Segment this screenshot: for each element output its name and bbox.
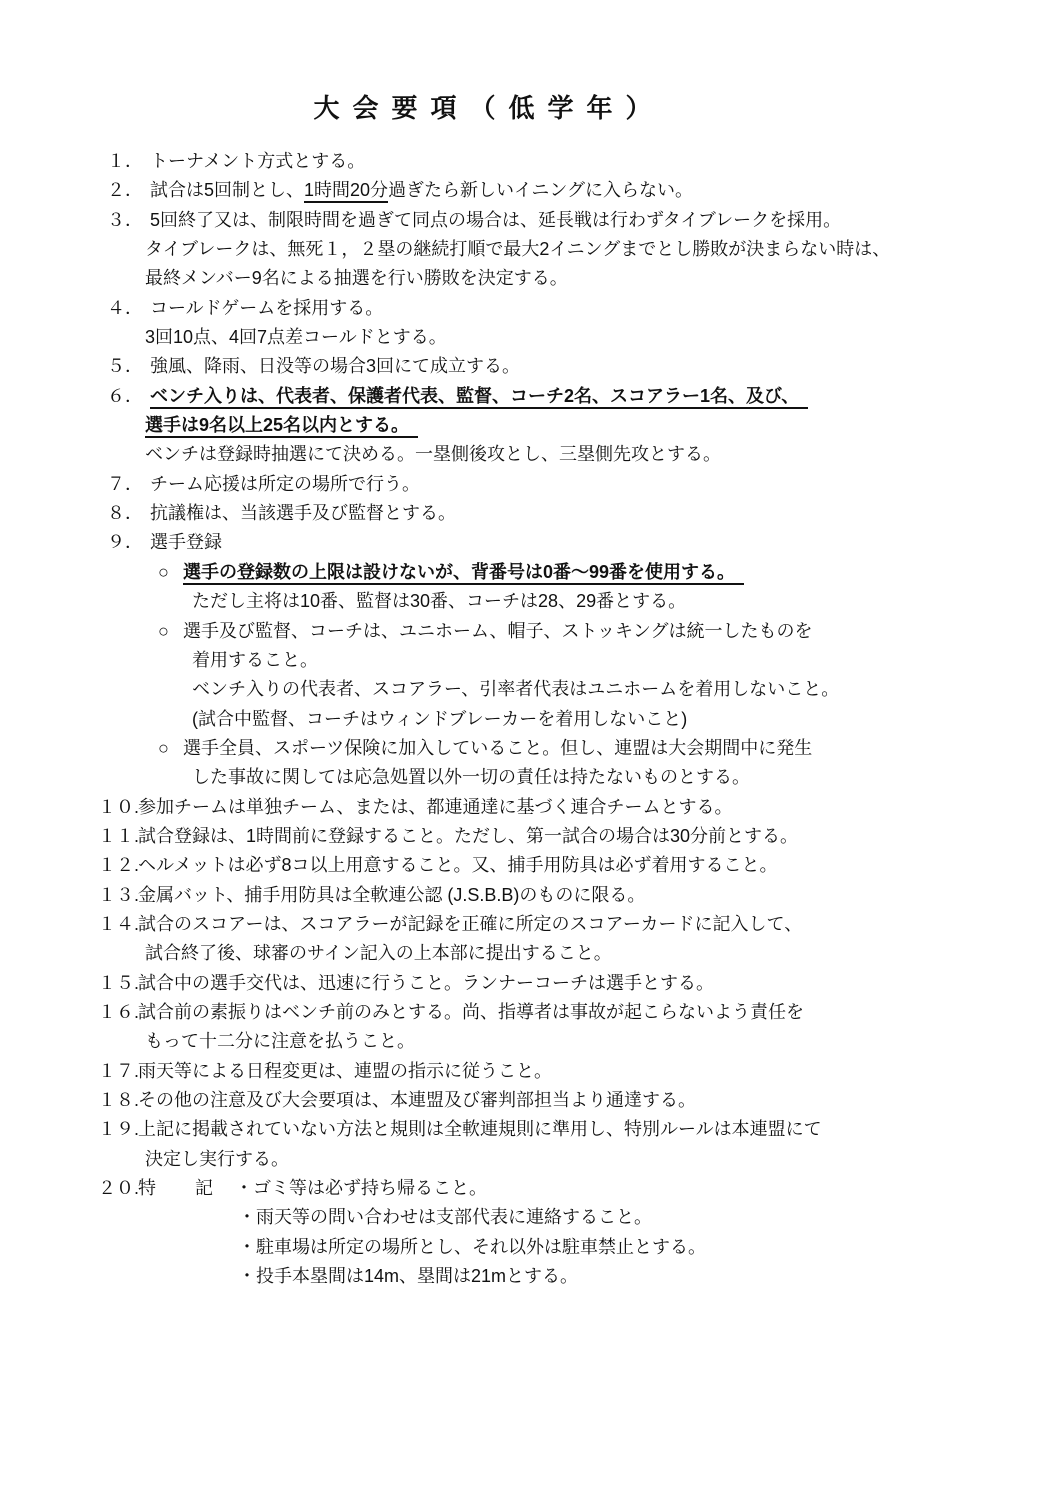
item-number: １３.: [98, 881, 138, 910]
item-19-line2: 決定し実行する。: [0, 1145, 1058, 1174]
text-segment: 試合終了後、球審のサイン記入の上本部に提出すること。: [145, 943, 612, 963]
item-15: １５.試合中の選手交代は、迅速に行うこと。ランナーコーチは選手とする。: [0, 969, 1058, 998]
item-number: １１.: [98, 822, 138, 851]
text-segment: 5回終了又は、制限時間を過ぎて同点の場合は、延長戦は行わずタイブレークを採用。: [150, 210, 841, 230]
text-segment: 過ぎたら新しいイニングに入らない。: [388, 180, 693, 200]
item-number: １０.: [98, 793, 138, 822]
item-number: １．: [107, 147, 150, 176]
text-segment: 金属バット、捕手用防具は全軟連公認 (J.S.B.B)のものに限る。: [138, 885, 645, 905]
item-7: ７．チーム応援は所定の場所で行う。: [0, 470, 1058, 499]
item-number: ３．: [107, 206, 150, 235]
item-9-sub-2-line4: (試合中監督、コーチはウィンドブレーカーを着用しないこと): [0, 705, 1058, 734]
item-number: ４．: [107, 294, 150, 323]
item-20-note-4: ・投手本塁間は14m、塁間は21mとする。: [0, 1262, 1058, 1291]
item-9-sub-1-line2: ただし主将は10番、監督は30番、コーチは28、29番とする。: [0, 587, 1058, 616]
text-segment: 特: [138, 1178, 156, 1198]
text-segment: 着用すること。: [192, 650, 318, 670]
item-number: １４.: [98, 910, 138, 939]
item-9: ９．選手登録: [0, 528, 1058, 557]
item-1: １．トーナメント方式とする。: [0, 147, 1058, 176]
item-3-line2: タイブレークは、無死１，２塁の継続打順で最大2イニングまでとし勝敗が決まらない時…: [0, 235, 1058, 264]
item-11: １１.試合登録は、1時間前に登録すること。ただし、第一試合の場合は30分前とする…: [0, 822, 1058, 851]
circle-bullet-icon: ○: [158, 734, 183, 763]
text-segment: ベンチは登録時抽選にて決める。一塁側後攻とし、三塁側先攻とする。: [145, 444, 721, 464]
item-3: ３．5回終了又は、制限時間を過ぎて同点の場合は、延長戦は行わずタイブレークを採用…: [0, 206, 1058, 235]
item-6-line3: ベンチは登録時抽選にて決める。一塁側後攻とし、三塁側先攻とする。: [0, 440, 1058, 469]
item-19: １９.上記に掲載されていない方法と規則は全軟連規則に準用し、特別ルールは本連盟に…: [0, 1115, 1058, 1144]
item-5: ５．強風、降雨、日没等の場合3回にて成立する。: [0, 352, 1058, 381]
item-16: １６.試合前の素振りはベンチ前のみとする。尚、指導者は事故が起こらないよう責任を: [0, 998, 1058, 1027]
circle-bullet-icon: ○: [158, 558, 183, 587]
document-body: １．トーナメント方式とする。２．試合は5回制とし、1時間20分過ぎたら新しいイニ…: [0, 147, 1058, 1291]
text-segment: 決定し実行する。: [145, 1149, 289, 1169]
text-segment: 強風、降雨、日没等の場合3回にて成立する。: [150, 356, 520, 376]
text-segment: 試合は5回制とし、: [150, 180, 304, 200]
text-segment: 試合中の選手交代は、迅速に行うこと。ランナーコーチは選手とする。: [138, 973, 714, 993]
circle-bullet-icon: ○: [158, 617, 183, 646]
text-segment: 1時間20分: [304, 180, 388, 203]
item-12: １２.ヘルメットは必ず8コ以上用意すること。又、捕手用防具は必ず着用すること。: [0, 851, 1058, 880]
text-segment: トーナメント方式とする。: [150, 151, 365, 171]
text-segment: 選手及び監督、コーチは、ユニホーム、帽子、ストッキングは統一したものを: [183, 621, 812, 641]
text-segment: ただし主将は10番、監督は30番、コーチは28、29番とする。: [192, 591, 686, 611]
item-17: １７.雨天等による日程変更は、連盟の指示に従うこと。: [0, 1057, 1058, 1086]
text-segment: ベンチ入りの代表者、スコアラー、引率者代表はユニホームを着用しないこと。: [192, 679, 839, 699]
item-4-line2: 3回10点、4回7点差コールドとする。: [0, 323, 1058, 352]
text-segment: チーム応援は所定の場所で行う。: [150, 474, 420, 494]
item-number: ８．: [107, 499, 150, 528]
text-segment: 最終メンバー9名による抽選を行い勝敗を決定する。: [145, 268, 568, 288]
item-number: １５.: [98, 969, 138, 998]
item-number: ９．: [107, 528, 150, 557]
item-9-sub-2-line3: ベンチ入りの代表者、スコアラー、引率者代表はユニホームを着用しないこと。: [0, 675, 1058, 704]
item-9-sub-2: ○選手及び監督、コーチは、ユニホーム、帽子、ストッキングは統一したものを: [0, 617, 1058, 646]
item-9-sub-2-line2: 着用すること。: [0, 646, 1058, 675]
item-number: １８.: [98, 1086, 138, 1115]
text-segment: 試合登録は、1時間前に登録すること。ただし、第一試合の場合は30分前とする。: [138, 826, 798, 846]
text-segment: 3回10点、4回7点差コールドとする。: [145, 327, 447, 347]
page-title: 大会要項（低学年）: [0, 88, 978, 125]
item-number: ６．: [107, 382, 150, 411]
item-number: ２０.: [98, 1174, 138, 1203]
item-number: ５．: [107, 352, 150, 381]
item-number: １９.: [98, 1115, 138, 1144]
item-4: ４．コールドゲームを採用する。: [0, 294, 1058, 323]
item-number: １６.: [98, 998, 138, 1027]
item-9-sub-3: ○選手全員、スポーツ保険に加入していること。但し、連盟は大会期間中に発生: [0, 734, 1058, 763]
text-segment: した事故に関しては応急処置以外一切の責任は持たないものとする。: [192, 767, 750, 787]
item-20-note-3: ・駐車場は所定の場所とし、それ以外は駐車禁止とする。: [0, 1233, 1058, 1262]
text-segment: タイブレークは、無死１，２塁の継続打順で最大2イニングまでとし勝敗が決まらない時…: [145, 239, 890, 259]
text-segment: 記: [195, 1178, 213, 1198]
text-segment: 選手の登録数の上限は設けないが、背番号は0番～99番を使用する。: [183, 562, 744, 585]
item-20-note-2: ・雨天等の問い合わせは支部代表に連絡すること。: [0, 1203, 1058, 1232]
text-segment: 選手全員、スポーツ保険に加入していること。但し、連盟は大会期間中に発生: [183, 738, 812, 758]
text-segment: 試合前の素振りはベンチ前のみとする。尚、指導者は事故が起こらないよう責任を: [138, 1002, 804, 1022]
text-segment: ベンチ入りは、代表者、保護者代表、監督、コーチ2名、スコアラー1名、及び、: [150, 386, 808, 409]
text-segment: (試合中監督、コーチはウィンドブレーカーを着用しないこと): [192, 709, 687, 729]
item-3-line3: 最終メンバー9名による抽選を行い勝敗を決定する。: [0, 264, 1058, 293]
text-segment: コールドゲームを採用する。: [150, 298, 383, 318]
text-segment: ・投手本塁間は14m、塁間は21mとする。: [238, 1266, 578, 1286]
text-segment: 雨天等による日程変更は、連盟の指示に従うこと。: [138, 1061, 552, 1081]
item-13: １３.金属バット、捕手用防具は全軟連公認 (J.S.B.B)のものに限る。: [0, 881, 1058, 910]
text-segment: 選手登録: [150, 532, 222, 552]
text-segment: もって十二分に注意を払うこと。: [145, 1031, 415, 1051]
text-segment: 選手は9名以上25名以内とする。: [145, 415, 418, 438]
text-segment: 参加チームは単独チーム、または、都連通達に基づく連合チームとする。: [138, 797, 733, 817]
item-number: ２．: [107, 176, 150, 205]
item-9-sub-3-line2: した事故に関しては応急処置以外一切の責任は持たないものとする。: [0, 763, 1058, 792]
item-20: ２０.特記・ゴミ等は必ず持ち帰ること。: [0, 1174, 1058, 1203]
text-segment: ・ゴミ等は必ず持ち帰ること。: [235, 1178, 487, 1198]
item-14: １４.試合のスコアーは、スコアラーが記録を正確に所定のスコアーカードに記入して、: [0, 910, 1058, 939]
text-segment: 抗議権は、当該選手及び監督とする。: [150, 503, 456, 523]
item-6-line2: 選手は9名以上25名以内とする。: [0, 411, 1058, 440]
item-14-line2: 試合終了後、球審のサイン記入の上本部に提出すること。: [0, 939, 1058, 968]
item-2: ２．試合は5回制とし、1時間20分過ぎたら新しいイニングに入らない。: [0, 176, 1058, 205]
item-10: １０.参加チームは単独チーム、または、都連通達に基づく連合チームとする。: [0, 793, 1058, 822]
item-6: ６．ベンチ入りは、代表者、保護者代表、監督、コーチ2名、スコアラー1名、及び、: [0, 382, 1058, 411]
item-number: １７.: [98, 1057, 138, 1086]
text-segment: 上記に掲載されていない方法と規則は全軟連規則に準用し、特別ルールは本連盟にて: [138, 1119, 822, 1139]
item-number: ７．: [107, 470, 150, 499]
text-segment: その他の注意及び大会要項は、本連盟及び審判部担当より通達する。: [138, 1090, 696, 1110]
item-16-line2: もって十二分に注意を払うこと。: [0, 1027, 1058, 1056]
item-18: １８.その他の注意及び大会要項は、本連盟及び審判部担当より通達する。: [0, 1086, 1058, 1115]
text-segment: ・雨天等の問い合わせは支部代表に連絡すること。: [238, 1207, 652, 1227]
item-8: ８．抗議権は、当該選手及び監督とする。: [0, 499, 1058, 528]
item-number: １２.: [98, 851, 138, 880]
text-segment: 試合のスコアーは、スコアラーが記録を正確に所定のスコアーカードに記入して、: [138, 914, 802, 934]
text-segment: ・駐車場は所定の場所とし、それ以外は駐車禁止とする。: [238, 1237, 706, 1257]
item-9-sub-1: ○選手の登録数の上限は設けないが、背番号は0番～99番を使用する。: [0, 558, 1058, 587]
text-segment: ヘルメットは必ず8コ以上用意すること。又、捕手用防具は必ず着用すること。: [138, 855, 777, 875]
